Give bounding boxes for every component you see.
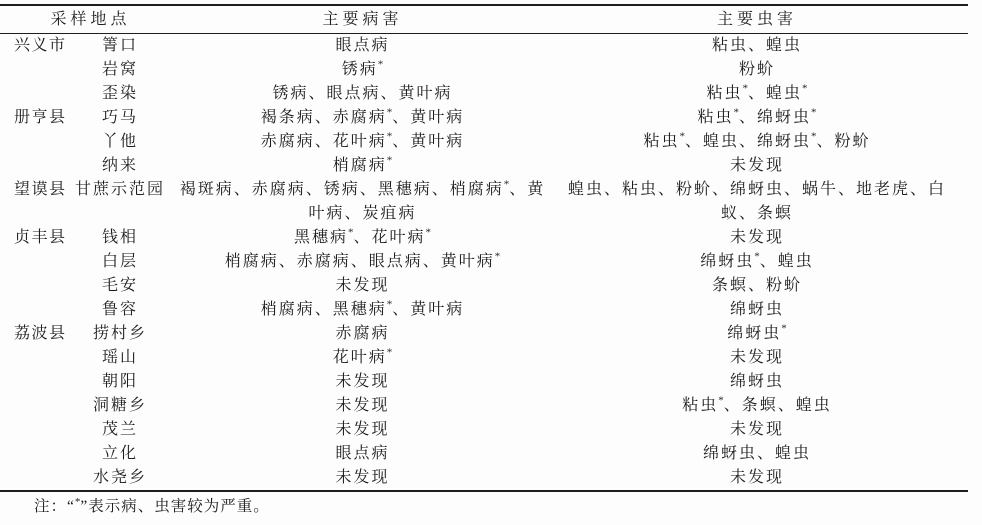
cell-county: 荔波县 [0, 322, 75, 346]
cell-pests: 条螟、粉蚧 [560, 274, 968, 298]
cell-county [0, 394, 75, 418]
table-row: 丫他 赤腐病、花叶病*、黄叶病 粘虫*、蝗虫、绵蚜虫*、粉蚧 [0, 130, 968, 154]
cell-diseases: 未发现 [165, 466, 560, 491]
table-row: 茂兰 未发现 未发现 [0, 418, 968, 442]
cell-county [0, 130, 75, 154]
cell-diseases: 褐斑病、赤腐病、锈病、黑穗病、梢腐病*、黄叶病、炭疽病 [165, 178, 560, 226]
cell-diseases: 黑穗病*、花叶病* [165, 226, 560, 250]
header-sampling-location: 采样地点 [0, 5, 165, 34]
cell-pests: 粘虫*、条螟、蝗虫 [560, 394, 968, 418]
cell-site: 捞村乡 [75, 322, 165, 346]
table-row: 瑶山 花叶病* 未发现 [0, 346, 968, 370]
cell-site: 鲁容 [75, 298, 165, 322]
cell-diseases: 花叶病* [165, 346, 560, 370]
cell-site: 箐口 [75, 34, 165, 59]
cell-diseases: 锈病、眼点病、黄叶病 [165, 82, 560, 106]
cell-pests: 绵蚜虫、蝗虫 [560, 442, 968, 466]
cell-diseases: 梢腐病、黑穗病*、黄叶病 [165, 298, 560, 322]
cell-diseases: 未发现 [165, 394, 560, 418]
paper-table-page: 采样地点 主要病害 主要虫害 兴义市 箐口 眼点病 粘虫、蝗虫 岩窝 锈病* 粉… [0, 0, 982, 525]
cell-site: 巧马 [75, 106, 165, 130]
cell-pests: 粘虫*、蝗虫、绵蚜虫*、粉蚧 [560, 130, 968, 154]
cell-county [0, 298, 75, 322]
cell-county: 兴义市 [0, 34, 75, 59]
table-row: 兴义市 箐口 眼点病 粘虫、蝗虫 [0, 34, 968, 59]
header-main-pests: 主要虫害 [560, 5, 968, 34]
table-row: 纳来 梢腐病* 未发现 [0, 154, 968, 178]
cell-county [0, 370, 75, 394]
cell-county [0, 58, 75, 82]
cell-pests: 未发现 [560, 466, 968, 491]
cell-pests: 未发现 [560, 418, 968, 442]
table-note: 注：“*”表示病、虫害较为严重。 [0, 492, 982, 518]
cell-county: 望谟县 [0, 178, 75, 226]
table-row: 册亨县 巧马 褐条病、赤腐病*、黄叶病 粘虫*、绵蚜虫* [0, 106, 968, 130]
table-row: 荔波县 捞村乡 赤腐病 绵蚜虫* [0, 322, 968, 346]
cell-pests: 绵蚜虫 [560, 370, 968, 394]
cell-pests: 粘虫*、蝗虫* [560, 82, 968, 106]
cell-site: 茂兰 [75, 418, 165, 442]
pest-disease-survey-table: 采样地点 主要病害 主要虫害 兴义市 箐口 眼点病 粘虫、蝗虫 岩窝 锈病* 粉… [0, 4, 968, 492]
cell-county [0, 82, 75, 106]
cell-site: 纳来 [75, 154, 165, 178]
cell-diseases: 梢腐病、赤腐病、眼点病、黄叶病* [165, 250, 560, 274]
cell-diseases: 未发现 [165, 274, 560, 298]
cell-diseases: 褐条病、赤腐病*、黄叶病 [165, 106, 560, 130]
header-main-diseases: 主要病害 [165, 5, 560, 34]
cell-site: 毛安 [75, 274, 165, 298]
cell-county [0, 418, 75, 442]
table-row: 白层 梢腐病、赤腐病、眼点病、黄叶病* 绵蚜虫*、蝗虫 [0, 250, 968, 274]
cell-pests: 未发现 [560, 154, 968, 178]
cell-diseases: 未发现 [165, 370, 560, 394]
cell-diseases: 锈病* [165, 58, 560, 82]
header-row: 采样地点 主要病害 主要虫害 [0, 5, 968, 34]
cell-county [0, 442, 75, 466]
cell-site: 岩窝 [75, 58, 165, 82]
cell-site: 朝阳 [75, 370, 165, 394]
cell-pests: 粘虫*、绵蚜虫* [560, 106, 968, 130]
cell-pests: 蝗虫、粘虫、粉蚧、绵蚜虫、蜗牛、地老虎、白蚁、条螟 [560, 178, 968, 226]
cell-pests: 绵蚜虫 [560, 298, 968, 322]
table-row: 贞丰县 钱相 黑穗病*、花叶病* 未发现 [0, 226, 968, 250]
table-row: 毛安 未发现 条螟、粉蚧 [0, 274, 968, 298]
cell-pests: 粉蚧 [560, 58, 968, 82]
cell-pests: 未发现 [560, 346, 968, 370]
cell-site: 甘蔗示范园 [75, 178, 165, 226]
cell-diseases: 未发现 [165, 418, 560, 442]
table-row: 鲁容 梢腐病、黑穗病*、黄叶病 绵蚜虫 [0, 298, 968, 322]
cell-site: 歪染 [75, 82, 165, 106]
table-row: 立化 眼点病 绵蚜虫、蝗虫 [0, 442, 968, 466]
cell-pests: 未发现 [560, 226, 968, 250]
cell-county: 册亨县 [0, 106, 75, 130]
cell-county [0, 274, 75, 298]
cell-county [0, 466, 75, 491]
cell-pests: 粘虫、蝗虫 [560, 34, 968, 59]
cell-pests: 绵蚜虫* [560, 322, 968, 346]
table-header: 采样地点 主要病害 主要虫害 [0, 5, 968, 34]
cell-county [0, 346, 75, 370]
table-row: 歪染 锈病、眼点病、黄叶病 粘虫*、蝗虫* [0, 82, 968, 106]
cell-site: 丫他 [75, 130, 165, 154]
table-body: 兴义市 箐口 眼点病 粘虫、蝗虫 岩窝 锈病* 粉蚧 歪染 锈病、眼点病、黄叶病… [0, 34, 968, 492]
table-row: 岩窝 锈病* 粉蚧 [0, 58, 968, 82]
cell-county: 贞丰县 [0, 226, 75, 250]
table-row: 洞糖乡 未发现 粘虫*、条螟、蝗虫 [0, 394, 968, 418]
cell-diseases: 梢腐病* [165, 154, 560, 178]
cell-pests: 绵蚜虫*、蝗虫 [560, 250, 968, 274]
table-row: 水尧乡 未发现 未发现 [0, 466, 968, 491]
table-row: 朝阳 未发现 绵蚜虫 [0, 370, 968, 394]
cell-site: 水尧乡 [75, 466, 165, 491]
cell-diseases: 赤腐病、花叶病*、黄叶病 [165, 130, 560, 154]
table-row: 望谟县 甘蔗示范园 褐斑病、赤腐病、锈病、黑穗病、梢腐病*、黄叶病、炭疽病 蝗虫… [0, 178, 968, 226]
cell-county [0, 154, 75, 178]
cell-site: 立化 [75, 442, 165, 466]
cell-diseases: 赤腐病 [165, 322, 560, 346]
cell-site: 洞糖乡 [75, 394, 165, 418]
cell-diseases: 眼点病 [165, 442, 560, 466]
cell-site: 白层 [75, 250, 165, 274]
cell-diseases: 眼点病 [165, 34, 560, 59]
cell-site: 瑶山 [75, 346, 165, 370]
cell-site: 钱相 [75, 226, 165, 250]
cell-county [0, 250, 75, 274]
